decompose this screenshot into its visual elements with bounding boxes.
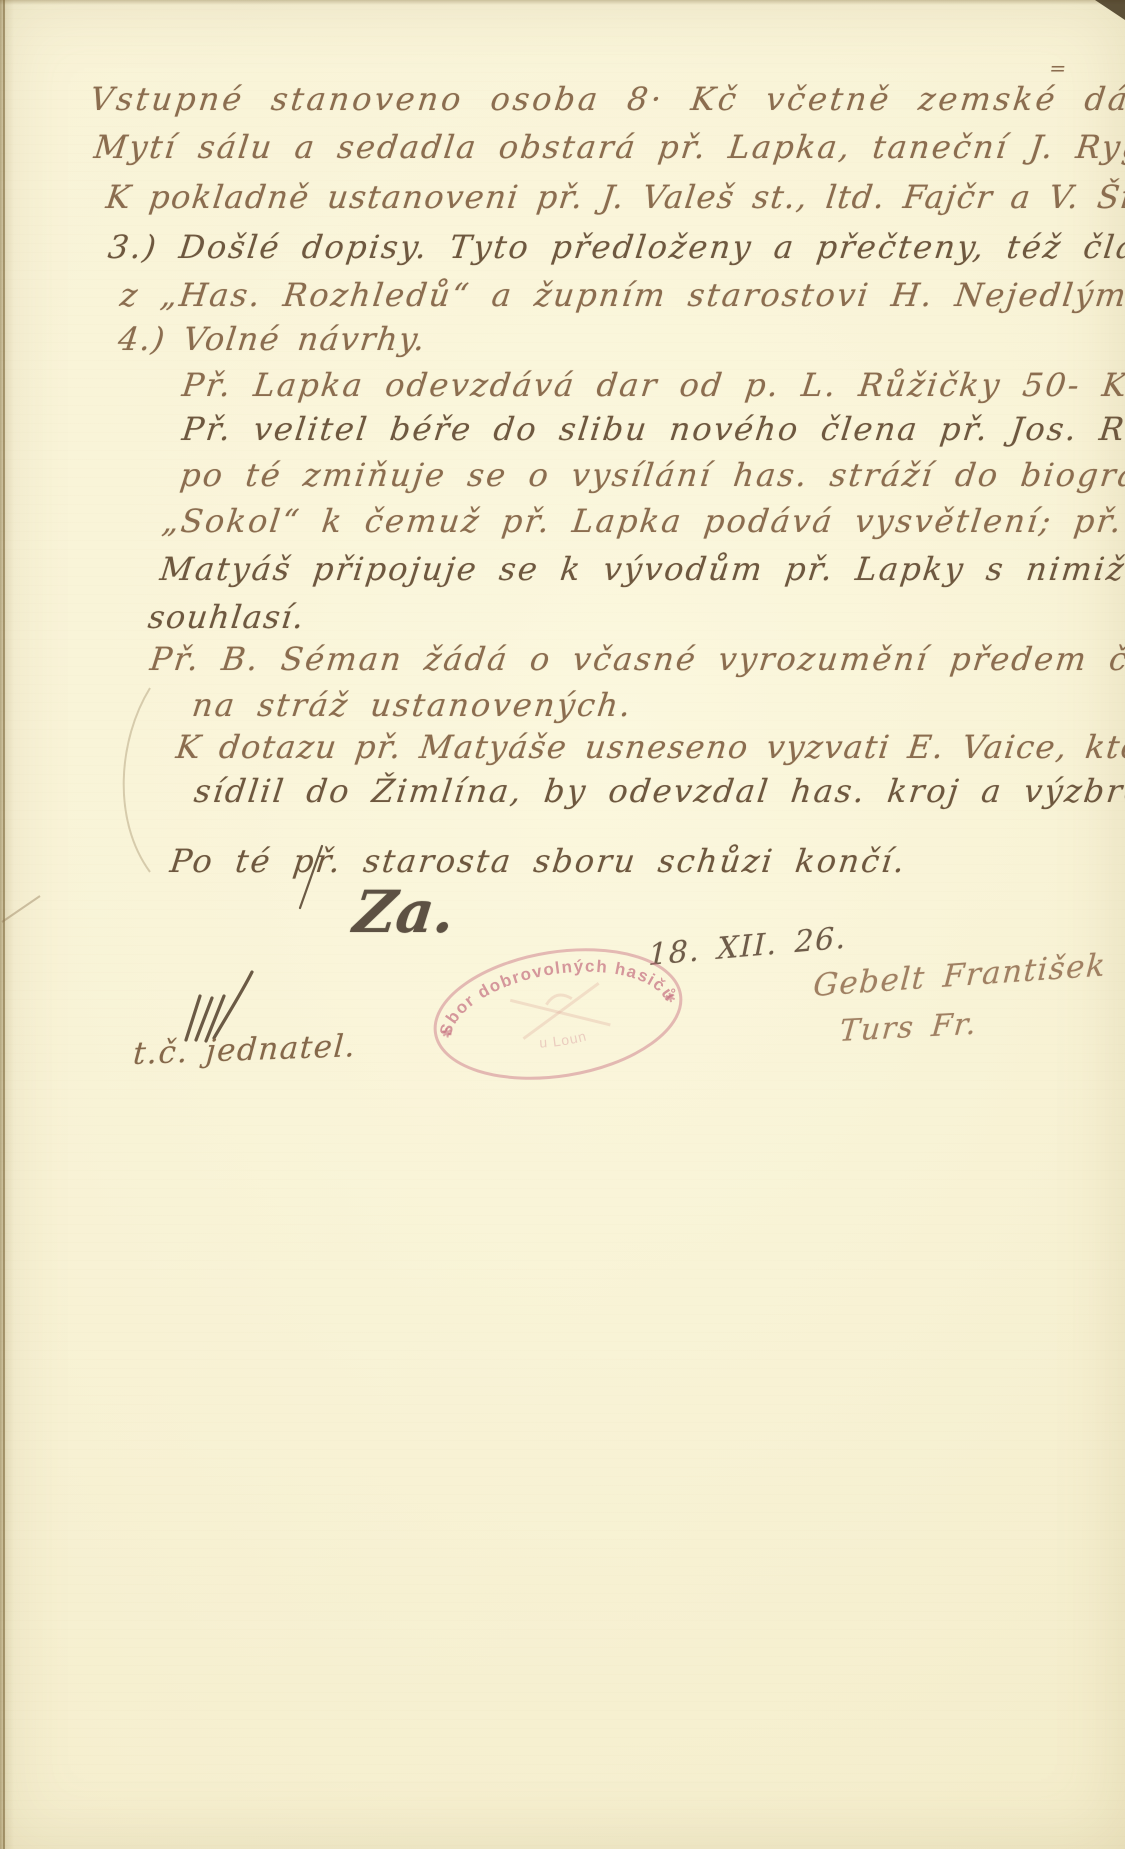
- page-edge-line: [3, 0, 5, 1849]
- manuscript-line: Př. Lapka odevzdává dar od p. L. Růžičky…: [180, 366, 1125, 404]
- closing-abbreviation: Za.: [350, 878, 458, 946]
- manuscript-line: Mytí sálu a sedadla obstará př. Lapka, t…: [92, 128, 1125, 166]
- manuscript-line: z „Has. Rozhledů“ a župním starostovi H.…: [118, 276, 1125, 314]
- svg-text:u Loun: u Loun: [537, 1027, 588, 1052]
- secretary-role-label: t.č. jednatel.: [132, 1028, 358, 1072]
- manuscript-line: souhlasí.: [146, 598, 307, 636]
- page-corner-shadow: [1095, 0, 1125, 20]
- stamp-top-text: Sbor dobrovolných hasičů: [428, 940, 682, 1041]
- manuscript-line: sídlil do Žimlína, by odevzdal has. kroj…: [192, 772, 1125, 810]
- official-stamp: Sbor dobrovolných hasičů u Loun ✱ ✱: [419, 928, 696, 1099]
- manuscript-line: Př. B. Séman žádá o včasné vyrozumění př…: [148, 640, 1125, 678]
- manuscript-line: Po té př. starosta sboru schůzi končí.: [168, 842, 909, 880]
- manuscript-line: K dotazu př. Matyáše usneseno vyzvati E.…: [174, 728, 1125, 766]
- manuscript-line: „Sokol“ k čemuž př. Lapka podává vysvětl…: [160, 502, 1125, 540]
- secretary-signature-mark: [186, 972, 252, 1041]
- stamp-star-left-icon: ✱: [441, 1026, 454, 1043]
- manuscript-page: Vstupné stanoveno osoba 8· Kč včetně zem…: [0, 0, 1125, 1849]
- faint-margin-stroke: [124, 688, 150, 872]
- manuscript-line: Matyáš připojuje se k vývodům př. Lapky …: [158, 550, 1125, 588]
- manuscript-line: 4.) Volné návrhy.: [116, 320, 428, 358]
- stamp-star-right-icon: ✱: [664, 990, 677, 1007]
- ditto-mark: =: [1048, 56, 1068, 80]
- manuscript-line: na stráž ustanovených.: [190, 686, 635, 724]
- manuscript-line: Př. velitel béře do slibu nového člena p…: [180, 410, 1125, 448]
- signature-name: Gebelt František: [812, 947, 1108, 1004]
- signature-name-second: Turs Fr.: [838, 1007, 979, 1049]
- manuscript-line: 3.) Došlé dopisy. Tyto předloženy a přeč…: [106, 228, 1125, 266]
- manuscript-line: po té zmiňuje se o vysílání has. stráží …: [178, 456, 1125, 494]
- stamp-emblem-icon: [510, 982, 611, 1039]
- page-top-edge: [0, 0, 1125, 5]
- stamp-bottom-text: u Loun: [537, 1027, 588, 1052]
- svg-text:Sbor dobrovolných hasičů: Sbor dobrovolných hasičů: [428, 940, 682, 1041]
- manuscript-line: K pokladně ustanoveni př. J. Valeš st., …: [104, 178, 1125, 216]
- manuscript-line: Vstupné stanoveno osoba 8· Kč včetně zem…: [88, 80, 1125, 118]
